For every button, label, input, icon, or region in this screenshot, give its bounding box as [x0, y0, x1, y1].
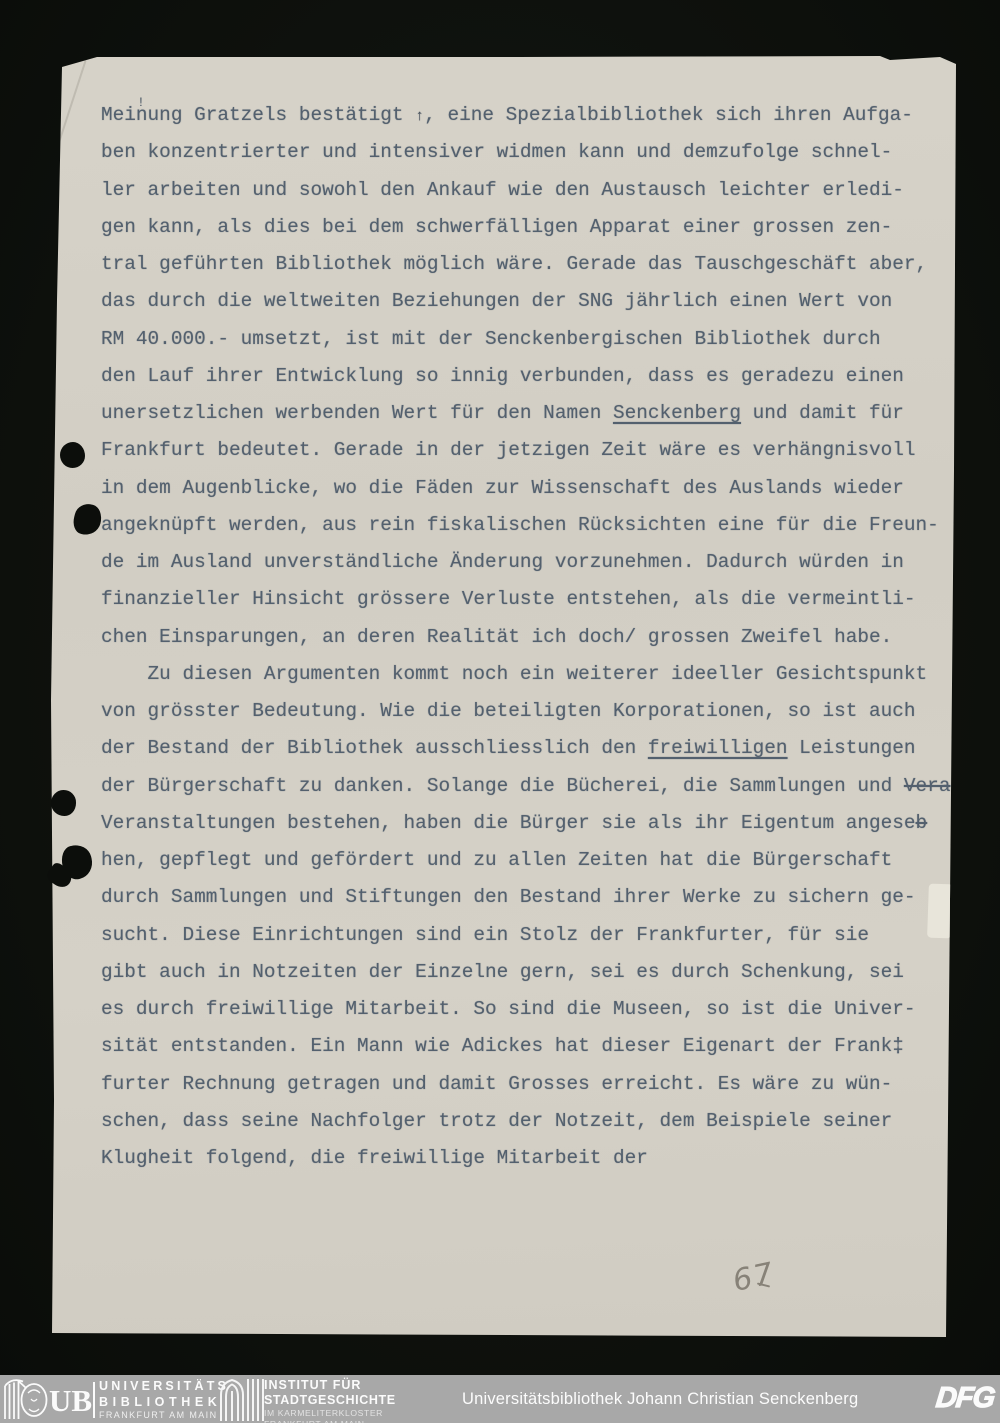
typed-line: Zu diesen Argumenten kommt noch ein weit… [101, 663, 981, 700]
typed-line: hen, gepflegt und gefördert und zu allen… [101, 849, 981, 886]
ub-line1: UNIVERSITÄTS [99, 1380, 229, 1393]
typed-line: Klugheit folgend, die freiwillige Mitarb… [101, 1147, 981, 1184]
paper-sheet: ' ! Meinung Gratzels bestätigt ↑, eine S… [0, 0, 1000, 1423]
typed-line: ben konzentrierter und intensiver widmen… [101, 141, 981, 178]
typed-line: gibt auch in Notzeiten der Einzelne gern… [101, 961, 981, 998]
isg-line1: INSTITUT FÜR [264, 1379, 396, 1392]
typed-line: sität entstanden. Ein Mann wie Adickes h… [101, 1035, 981, 1072]
svg-text:UB: UB [49, 1383, 92, 1418]
typed-line: gen kann, als dies bei dem schwerfällige… [101, 216, 981, 253]
stray-ink-mark: ' [141, 50, 151, 69]
typed-line: das durch die weltweiten Beziehungen der… [101, 290, 981, 327]
typed-line: furter Rechnung getragen und damit Gross… [101, 1073, 981, 1110]
dfg-logo: DFG [934, 1382, 996, 1415]
typed-line: tral geführten Bibliothek möglich wäre. … [101, 253, 981, 290]
paper-crease [55, 60, 86, 151]
typed-line: de im Ausland unverständliche Änderung v… [101, 551, 981, 588]
typed-line: den Lauf ihrer Entwicklung so innig verb… [101, 365, 981, 402]
typed-line: Veranstaltungen bestehen, haben die Bürg… [101, 812, 981, 849]
typed-line: Meinung Gratzels bestätigt ↑, eine Spezi… [101, 104, 981, 141]
typed-line: in dem Augenblicke, wo die Fäden zur Wis… [101, 477, 981, 514]
ub-logo-icon: UB [3, 1377, 99, 1421]
typed-line: sucht. Diese Einrichtungen sind ein Stol… [101, 924, 981, 961]
punch-hole [51, 790, 76, 816]
isg-logo-text: INSTITUT FÜR STADTGESCHICHTE IM KARMELIT… [264, 1379, 396, 1423]
typed-line: der Bürgerschaft zu danken. Solange die … [101, 775, 981, 812]
typed-text: Meinung Gratzels bestätigt ↑, eine Spezi… [101, 104, 981, 1184]
ub-logo-text: UNIVERSITÄTS BIBLIOTHEK FRANKFURT AM MAI… [99, 1380, 229, 1420]
isg-line4: FRANKFURT AM MAIN [264, 1420, 396, 1423]
typed-line: finanzieller Hinsicht grössere Verluste … [101, 588, 981, 625]
library-name: Universitätsbibliothek Johann Christian … [462, 1375, 858, 1423]
isg-arch-icon [218, 1377, 264, 1421]
typed-line: angeknüpft werden, aus rein fiskalischen… [101, 514, 981, 551]
typed-line: Frankfurt bedeutet. Gerade in der jetzig… [101, 439, 981, 476]
typed-line: es durch freiwillige Mitarbeit. So sind … [101, 998, 981, 1035]
typed-line: schen, dass seine Nachfolger trotz der N… [101, 1110, 981, 1147]
typed-line: unersetzlichen werbenden Wert für den Na… [101, 402, 981, 439]
typed-line: chen Einsparungen, an deren Realität ich… [101, 626, 981, 663]
footer-bar: UB UNIVERSITÄTS BIBLIOTHEK FRANKFURT AM … [0, 1375, 1000, 1423]
punch-hole [60, 442, 85, 468]
handwritten-page-number: 67 [730, 1256, 779, 1299]
ub-line2: BIBLIOTHEK [99, 1396, 229, 1409]
isg-line2: STADTGESCHICHTE [264, 1394, 396, 1407]
typed-line: ler arbeiten und sowohl den Ankauf wie d… [101, 179, 981, 216]
typed-line: von grösster Bedeutung. Wie die beteilig… [101, 700, 981, 737]
typed-line: RM 40.000.- umsetzt, ist mit der Sencken… [101, 328, 981, 365]
scanned-document-page: ' ! Meinung Gratzels bestätigt ↑, eine S… [0, 0, 1000, 1423]
isg-line3: IM KARMELITERKLOSTER [264, 1409, 396, 1418]
typed-line: durch Sammlungen und Stiftungen den Best… [101, 886, 981, 923]
ub-line3: FRANKFURT AM MAIN [99, 1411, 229, 1420]
typed-line: der Bestand der Bibliothek ausschliessli… [101, 737, 981, 774]
